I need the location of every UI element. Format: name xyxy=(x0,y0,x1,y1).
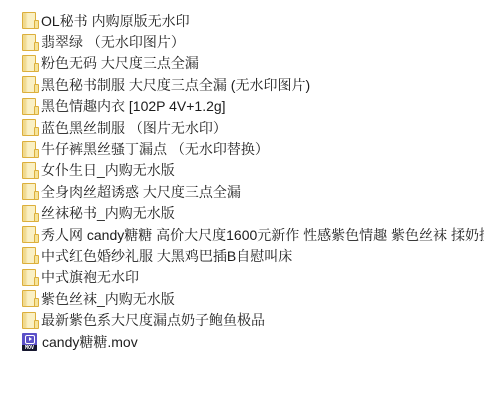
file-row[interactable]: MOV candy糖糖.mov xyxy=(0,331,484,352)
file-row[interactable]: 女仆生日_内购无水版 xyxy=(0,160,484,181)
folder-icon xyxy=(22,98,36,115)
file-row[interactable]: 黑色秘书制服 大尺度三点全漏 (无水印图片) xyxy=(0,74,484,95)
folder-icon xyxy=(22,34,36,51)
file-name: 黑色情趣内衣 [102P 4V+1.2g] xyxy=(41,99,226,113)
folder-icon xyxy=(22,247,36,264)
file-row[interactable]: 丝袜秘书_内购无水版 xyxy=(0,203,484,224)
file-name: 女仆生日_内购无水版 xyxy=(41,163,175,177)
folder-icon xyxy=(22,269,36,286)
file-name: 黑色秘书制服 大尺度三点全漏 (无水印图片) xyxy=(41,78,310,92)
folder-icon xyxy=(22,226,36,243)
file-row[interactable]: 中式旗袍无水印 xyxy=(0,267,484,288)
folder-icon xyxy=(22,76,36,93)
folder-icon xyxy=(22,183,36,200)
file-name: candy糖糖.mov xyxy=(42,335,138,349)
file-row[interactable]: 中式红色婚纱礼服 大黑鸡巴插B自慰叫床 xyxy=(0,245,484,266)
mov-file-icon: MOV xyxy=(22,333,37,351)
file-row[interactable]: OL秘书 内购原版无水印 xyxy=(0,10,484,31)
folder-icon xyxy=(22,12,36,29)
file-row[interactable]: 翡翠绿 （无水印图片） xyxy=(0,31,484,52)
file-row[interactable]: 最新紫色系大尺度漏点奶子鲍鱼极品 xyxy=(0,309,484,330)
file-row[interactable]: 秀人网 candy糖糖 高价大尺度1600元新作 性感紫色情趣 紫色丝袜 揉奶揉… xyxy=(0,224,484,245)
mov-format-label: MOV xyxy=(22,345,37,351)
file-row[interactable]: 蓝色黑丝制服 （图片无水印） xyxy=(0,117,484,138)
file-row[interactable]: 牛仔裤黑丝骚丁漏点 （无水印替换） xyxy=(0,138,484,159)
play-icon xyxy=(25,335,35,344)
file-name: 中式旗袍无水印 xyxy=(41,270,139,284)
file-name: 全身肉丝超诱惑 大尺度三点全漏 xyxy=(41,185,241,199)
folder-icon xyxy=(22,162,36,179)
folder-icon xyxy=(22,290,36,307)
file-name: 蓝色黑丝制服 （图片无水印） xyxy=(41,121,227,135)
file-row[interactable]: 黑色情趣内衣 [102P 4V+1.2g] xyxy=(0,96,484,117)
file-name: 中式红色婚纱礼服 大黑鸡巴插B自慰叫床 xyxy=(41,249,292,263)
folder-icon xyxy=(22,55,36,72)
file-row[interactable]: 粉色无码 大尺度三点全漏 xyxy=(0,53,484,74)
file-name: 秀人网 candy糖糖 高价大尺度1600元新作 性感紫色情趣 紫色丝袜 揉奶揉… xyxy=(41,228,484,242)
folder-icon xyxy=(22,312,36,329)
file-name: 丝袜秘书_内购无水版 xyxy=(41,206,175,220)
file-name: 翡翠绿 （无水印图片） xyxy=(41,35,185,49)
file-name: 紫色丝袜_内购无水版 xyxy=(41,292,175,306)
file-name: 牛仔裤黑丝骚丁漏点 （无水印替换） xyxy=(41,142,269,156)
file-name: 最新紫色系大尺度漏点奶子鲍鱼极品 xyxy=(41,313,265,327)
folder-icon xyxy=(22,141,36,158)
file-name: 粉色无码 大尺度三点全漏 xyxy=(41,56,199,70)
file-list: OL秘书 内购原版无水印 翡翠绿 （无水印图片） 粉色无码 大尺度三点全漏 黑色… xyxy=(0,0,484,352)
folder-icon xyxy=(22,119,36,136)
file-row[interactable]: 紫色丝袜_内购无水版 xyxy=(0,288,484,309)
file-name: OL秘书 内购原版无水印 xyxy=(41,14,190,28)
file-row[interactable]: 全身肉丝超诱惑 大尺度三点全漏 xyxy=(0,181,484,202)
folder-icon xyxy=(22,205,36,222)
